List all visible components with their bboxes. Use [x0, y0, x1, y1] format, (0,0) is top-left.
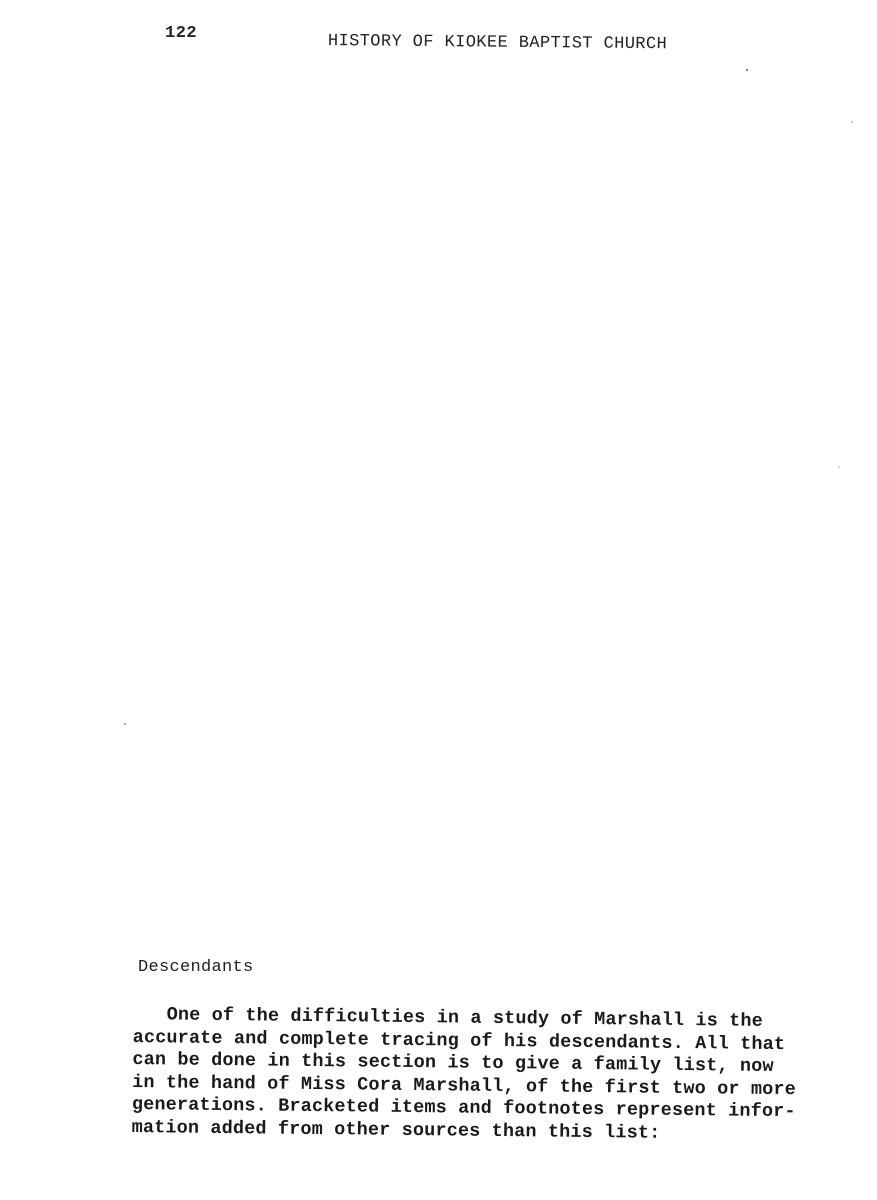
- body-paragraph: One of the difficulties in a study of Ma…: [132, 1004, 853, 1147]
- section-heading: Descendants: [138, 958, 254, 977]
- running-title: HISTORY OF KIOKEE BAPTIST CHURCH: [328, 32, 667, 54]
- ink-speck: [746, 69, 748, 71]
- ink-speck: [851, 121, 853, 123]
- ink-speck: [124, 723, 126, 725]
- page-number: 122: [165, 24, 197, 43]
- ink-speck: [838, 466, 840, 468]
